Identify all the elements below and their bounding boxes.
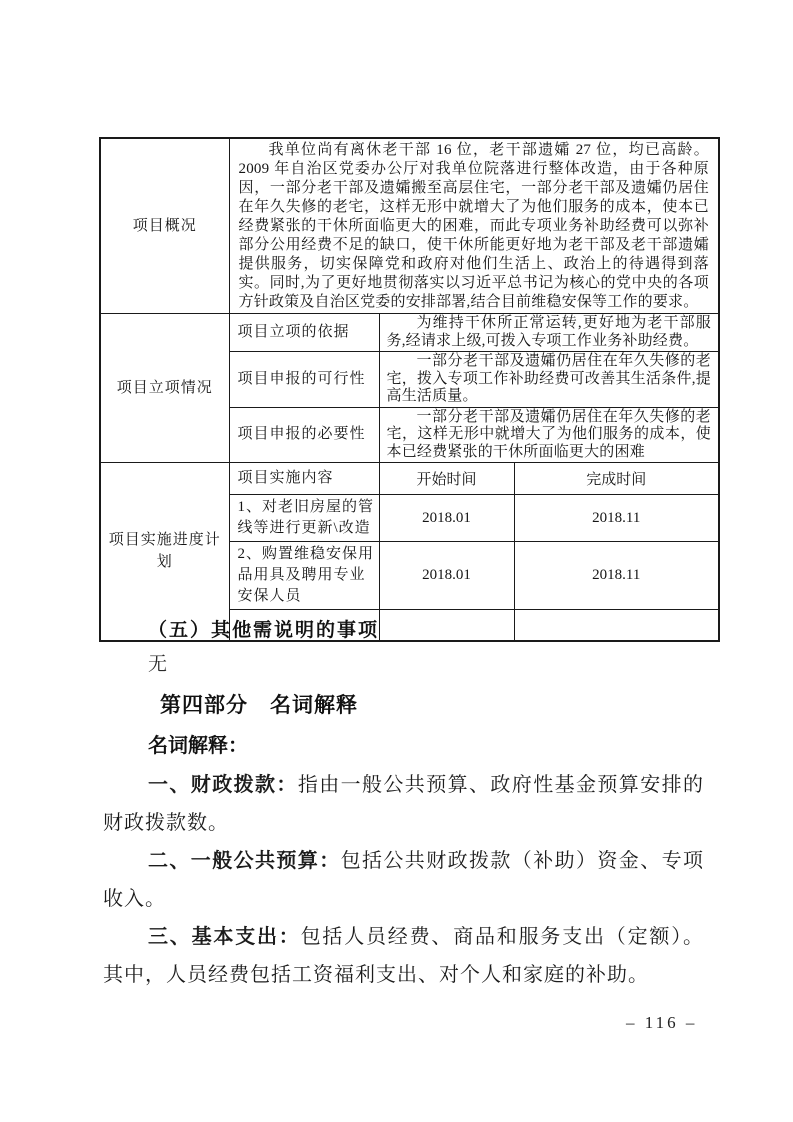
part4-heading: 第四部分 名词解释	[103, 686, 704, 726]
text-body: （五）其他需说明的事项 无 第四部分 名词解释 名词解释： 一、财政拨款：指由一…	[103, 609, 704, 994]
schedule-item1-content-cell: 1、对老旧房屋的管线等进行更新\改造	[229, 495, 379, 542]
schedule-item1-finish-cell: 2018.11	[514, 495, 719, 542]
page-number: – 116 –	[626, 1013, 697, 1033]
overview-label-cell: 项目概况	[100, 138, 229, 314]
table-row: 项目概况 我单位尚有离休老干部 16 位，老干部遗孀 27 位，均已高龄。200…	[100, 138, 719, 314]
approval-necessity-name-cell: 项目申报的必要性	[229, 407, 379, 463]
schedule-header-finish-cell: 完成时间	[514, 463, 719, 495]
schedule-header-content-cell: 项目实施内容	[229, 463, 379, 495]
table-row: 项目实施进度计划 项目实施内容 开始时间 完成时间	[100, 463, 719, 495]
approval-necessity-text-cell: 一部分老干部及遗孀仍居住在年久失修的老宅，这样无形中就增大了为他们服务的成本，使…	[379, 407, 719, 463]
glossary-term-1: 一、财政拨款：	[148, 774, 298, 796]
schedule-item2-content-cell: 2、购置维稳安保用品用具及聘用专业安保人员	[229, 542, 379, 610]
schedule-header-start-cell: 开始时间	[379, 463, 514, 495]
glossary-item-3: 三、基本支出：包括人员经费、商品和服务支出（定额）。其中，人员经费包括工资福利支…	[103, 918, 704, 994]
document-page: { "colors": { "page_background": "#fffff…	[0, 0, 793, 1122]
glossary-item-2: 二、一般公共预算：包括公共财政拨款（补助）资金、专项收入。	[103, 842, 704, 918]
approval-feasibility-text-cell: 一部分老干部及遗孀仍居住在年久失修的老宅，拨入专项工作补助经费可改善其生活条件,…	[379, 352, 719, 408]
approval-label-cell: 项目立项情况	[100, 314, 229, 463]
overview-text-cell: 我单位尚有离休老干部 16 位，老干部遗孀 27 位，均已高龄。2009 年自治…	[229, 138, 719, 314]
glossary-item-1: 一、财政拨款：指由一般公共预算、政府性基金预算安排的财政拨款数。	[103, 766, 704, 842]
project-info-table: 项目概况 我单位尚有离休老干部 16 位，老干部遗孀 27 位，均已高龄。200…	[99, 137, 720, 642]
table-row: 项目立项情况 项目立项的依据 为维持干休所正常运转,更好地为老干部服务,经请求上…	[100, 314, 719, 352]
glossary-term-3: 三、基本支出：	[148, 926, 301, 948]
approval-basis-name-cell: 项目立项的依据	[229, 314, 379, 352]
glossary-heading: 名词解释：	[103, 726, 704, 766]
approval-basis-text-cell: 为维持干休所正常运转,更好地为老干部服务,经请求上级,可拨入专项工作业务补助经费…	[379, 314, 719, 352]
other-notes-heading: （五）其他需说明的事项	[103, 616, 704, 646]
schedule-item2-finish-cell: 2018.11	[514, 542, 719, 610]
approval-feasibility-name-cell: 项目申报的可行性	[229, 352, 379, 408]
schedule-item2-start-cell: 2018.01	[379, 542, 514, 610]
schedule-item1-start-cell: 2018.01	[379, 495, 514, 542]
glossary-term-2: 二、一般公共预算：	[148, 850, 341, 872]
other-notes-body: 无	[103, 646, 704, 683]
